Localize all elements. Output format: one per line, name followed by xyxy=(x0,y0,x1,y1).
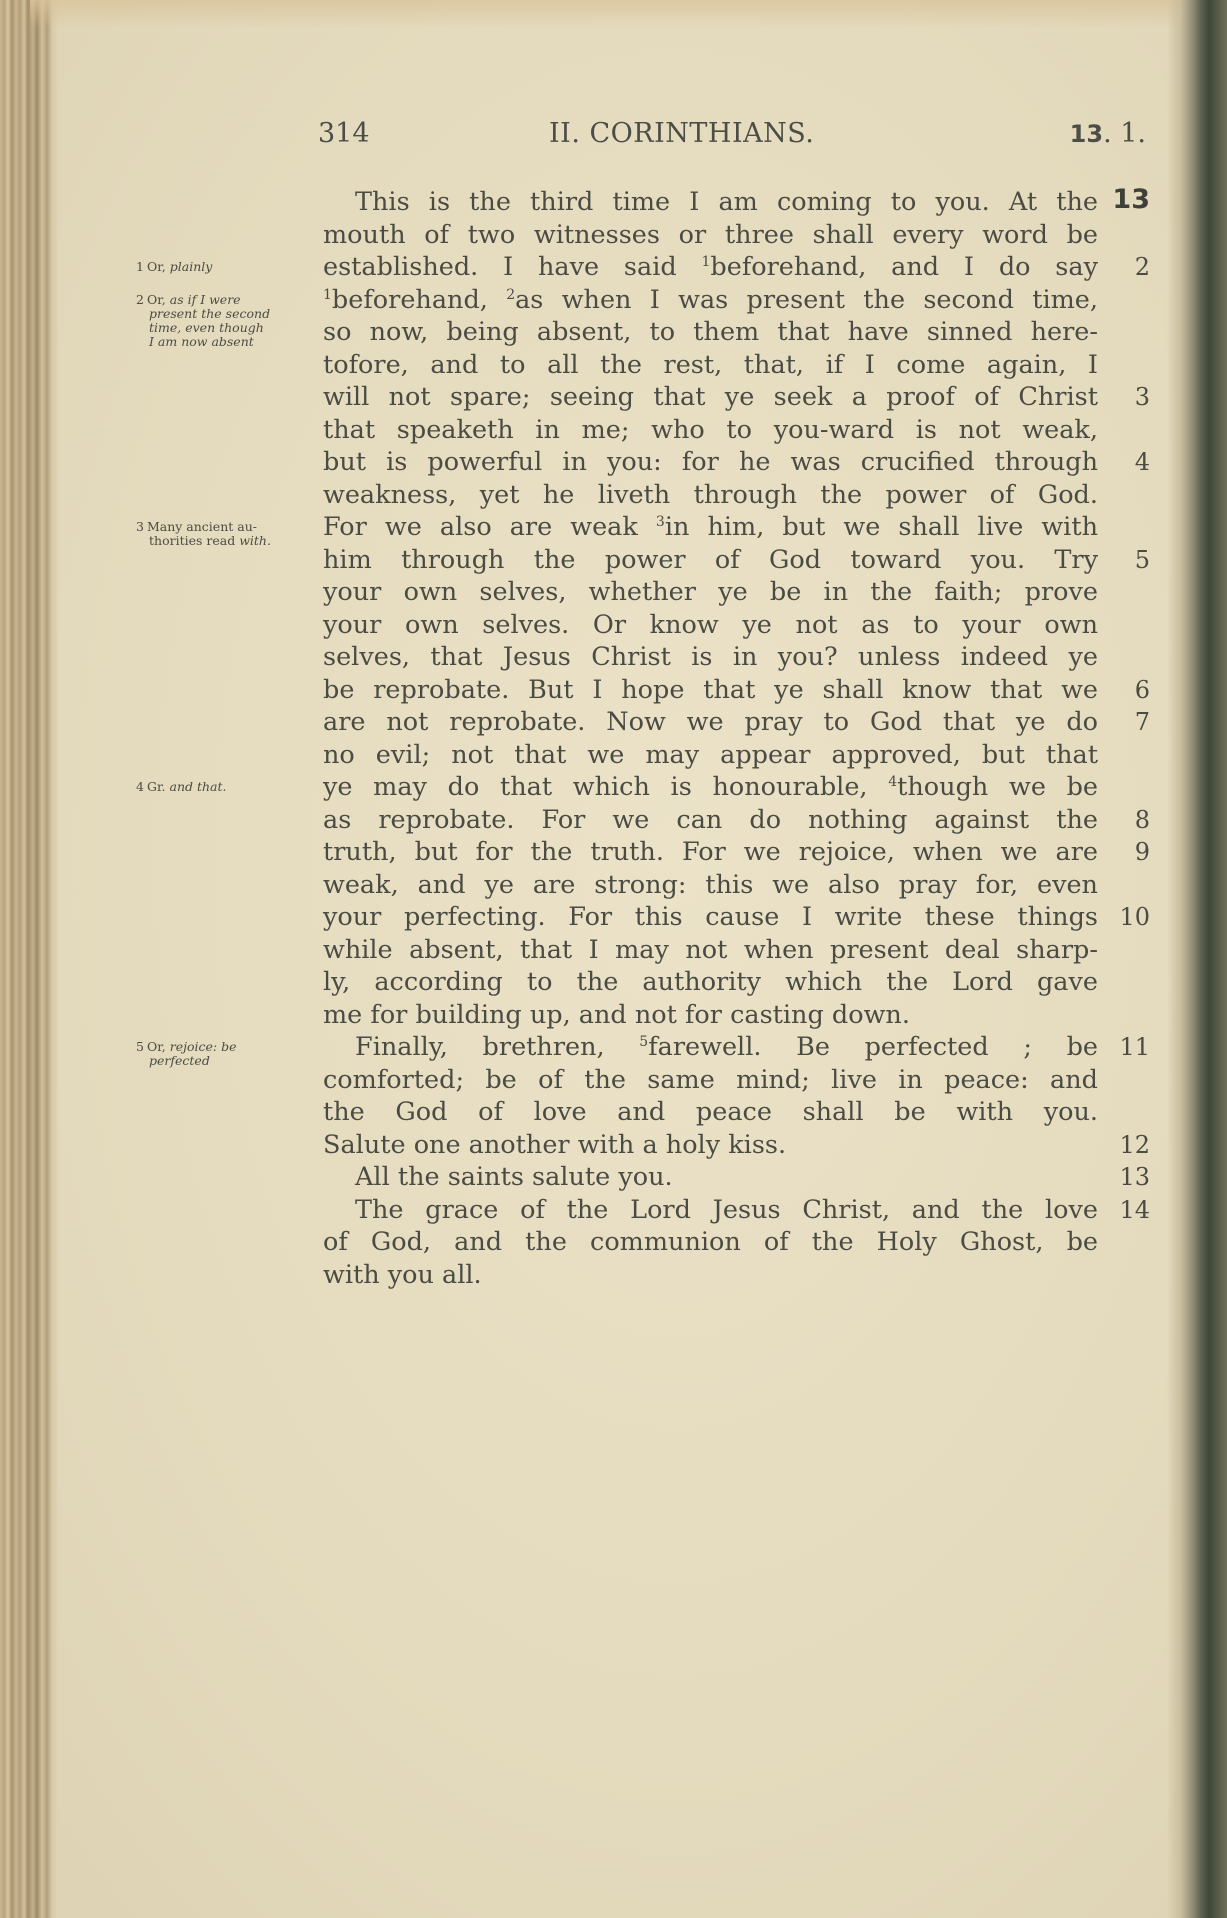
book-title: II. CORINTHIANS. xyxy=(549,118,814,149)
text-line: will not spare; seeing that ye seek a pr… xyxy=(323,381,1098,414)
chapter-number: 13 xyxy=(1112,184,1150,217)
line-text: are not reprobate. Now we pray to God th… xyxy=(323,707,1098,737)
note-number: 5 xyxy=(136,1039,144,1054)
text-line: The grace of the Lord Jesus Christ, and … xyxy=(323,1194,1098,1227)
verse-number: 8 xyxy=(1135,804,1150,837)
line-text: Salute one another with a holy kiss. xyxy=(323,1130,786,1160)
verse-number: 7 xyxy=(1135,706,1150,739)
line-text: be reprobate. But I hope that ye shall k… xyxy=(323,675,1098,705)
note-number: 2 xyxy=(136,292,144,307)
running-header: 314 II. CORINTHIANS. 13. 1. xyxy=(318,118,1146,158)
margin-note: 1Or, plainly xyxy=(136,260,316,274)
verse-number: 4 xyxy=(1135,446,1150,479)
note-text-italic: with. xyxy=(239,533,271,548)
line-text: truth, but for the truth. For we rejoice… xyxy=(323,837,1098,867)
line-text: mouth of two witnesses or three shall ev… xyxy=(323,220,1098,250)
verse-number: 14 xyxy=(1119,1194,1150,1227)
line-text: The grace of the Lord Jesus Christ, and … xyxy=(355,1195,1098,1225)
line-text: me for building up, and not for casting … xyxy=(323,1000,910,1030)
line-text: For we also are weak xyxy=(323,512,656,542)
text-line: weakness, yet he liveth through the powe… xyxy=(323,479,1098,512)
text-line: be reprobate. But I hope that ye shall k… xyxy=(323,674,1098,707)
line-text: All the saints salute you. xyxy=(355,1162,673,1192)
verse-number: 5 xyxy=(1135,544,1150,577)
text-line: Finally, brethren, 5farewell. Be perfect… xyxy=(323,1031,1098,1064)
scanned-page: 314 II. CORINTHIANS. 13. 1. 1Or, plainly… xyxy=(0,0,1227,1918)
verse-number: 3 xyxy=(1135,381,1150,414)
text-line: your own selves. Or know ye not as to yo… xyxy=(323,609,1098,642)
line-text: so now, being absent, to them that have … xyxy=(323,317,1098,347)
text-line: All the saints salute you. xyxy=(323,1161,1098,1194)
line-text: while absent, that I may not when presen… xyxy=(323,935,1098,965)
line-text: beforehand, and I do say xyxy=(710,252,1098,282)
line-text: tofore, and to all the rest, that, if I … xyxy=(323,350,1098,380)
note-lead: Gr. xyxy=(147,779,170,794)
chapter-ref-bold: 13 xyxy=(1070,120,1103,148)
note-text: rejoice: be xyxy=(170,1039,237,1054)
text-line: but is powerful in you: for he was cruci… xyxy=(323,446,1098,479)
text-line: ye may do that which is honourable, 4tho… xyxy=(323,771,1098,804)
line-text: him through the power of God toward you.… xyxy=(323,545,1098,575)
verse-number: 9 xyxy=(1135,836,1150,869)
line-text: comforted; be of the same mind; live in … xyxy=(323,1065,1098,1095)
line-text: This is the third time I am coming to yo… xyxy=(355,187,1098,217)
text-line: mouth of two witnesses or three shall ev… xyxy=(323,219,1098,252)
text-line: while absent, that I may not when presen… xyxy=(323,934,1098,967)
note-continuation: present the second xyxy=(136,307,316,321)
top-edge-stain xyxy=(30,0,1180,28)
note-lead: Or, xyxy=(147,1039,170,1054)
margin-note: 5Or, rejoice: beperfected xyxy=(136,1040,316,1068)
verse-number: 13 xyxy=(1119,1161,1150,1194)
note-continuation: time, even though xyxy=(136,321,316,335)
line-text: with you all. xyxy=(323,1260,482,1290)
text-line: weak, and ye are strong: this we also pr… xyxy=(323,869,1098,902)
line-text: ly, according to the authority which the… xyxy=(323,967,1098,997)
note-text: and that. xyxy=(170,779,227,794)
text-line: me for building up, and not for casting … xyxy=(323,999,1098,1032)
scripture-text: This is the third time I am coming to yo… xyxy=(323,186,1098,1291)
text-line: the God of love and peace shall be with … xyxy=(323,1096,1098,1129)
text-line: him through the power of God toward you.… xyxy=(323,544,1098,577)
margin-note: 4Gr. and that. xyxy=(136,780,316,794)
text-line: your own selves, whether ye be in the fa… xyxy=(323,576,1098,609)
note-continuation: I am now absent xyxy=(136,335,316,349)
verse-number: 10 xyxy=(1119,901,1150,934)
line-text: in him, but we shall live with xyxy=(665,512,1098,542)
line-text: weakness, yet he liveth through the powe… xyxy=(323,480,1098,510)
line-text: your perfecting. For this cause I write … xyxy=(323,902,1098,932)
footnote-marker: 1 xyxy=(323,287,332,303)
text-line: no evil; not that we may appear approved… xyxy=(323,739,1098,772)
text-line: so now, being absent, to them that have … xyxy=(323,316,1098,349)
line-text: as when I was present the second time, xyxy=(515,285,1098,315)
margin-note: 3Many ancient au- thorities read with. xyxy=(136,520,316,548)
note-number: 4 xyxy=(136,779,144,794)
line-text: ye may do that which is honourable, xyxy=(323,772,888,802)
footnote-marker: 4 xyxy=(888,774,897,790)
note-continuation: thorities read with. xyxy=(136,534,316,548)
text-line: that speaketh in me; who to you-ward is … xyxy=(323,414,1098,447)
line-text: established. I have said xyxy=(323,252,701,282)
text-line: tofore, and to all the rest, that, if I … xyxy=(323,349,1098,382)
line-text: though we be xyxy=(897,772,1098,802)
text-line: For we also are weak 3in him, but we sha… xyxy=(323,511,1098,544)
line-text: beforehand, xyxy=(332,285,506,315)
verse-number: 11 xyxy=(1119,1031,1150,1064)
line-text: as reprobate. For we can do nothing agai… xyxy=(323,805,1098,835)
line-text: that speaketh in me; who to you-ward is … xyxy=(323,415,1098,445)
note-lead: Or, xyxy=(147,292,170,307)
note-continuation: perfected xyxy=(136,1054,316,1068)
text-line: selves, that Jesus Christ is in you? unl… xyxy=(323,641,1098,674)
text-line: Salute one another with a holy kiss. xyxy=(323,1129,1098,1162)
footnote-marker: 5 xyxy=(639,1034,648,1050)
text-line: 1beforehand, 2as when I was present the … xyxy=(323,284,1098,317)
verse-number: 12 xyxy=(1119,1129,1150,1162)
line-text: your own selves. Or know ye not as to yo… xyxy=(323,610,1098,640)
line-text: Finally, brethren, xyxy=(355,1032,639,1062)
chapter-verse-reference: 13. 1. xyxy=(1070,118,1146,149)
page-number: 314 xyxy=(318,118,370,149)
right-gutter-shadow xyxy=(1167,0,1227,1918)
text-line: as reprobate. For we can do nothing agai… xyxy=(323,804,1098,837)
line-text: no evil; not that we may appear approved… xyxy=(323,740,1098,770)
verse-ref: . 1. xyxy=(1103,118,1146,149)
line-text: of God, and the communion of the Holy Gh… xyxy=(323,1227,1098,1257)
line-text: farewell. Be perfected ; be xyxy=(648,1032,1098,1062)
text-line: are not reprobate. Now we pray to God th… xyxy=(323,706,1098,739)
text-line: of God, and the communion of the Holy Gh… xyxy=(323,1226,1098,1259)
verse-number: 6 xyxy=(1135,674,1150,707)
margin-note: 2Or, as if I werepresent the secondtime,… xyxy=(136,293,316,349)
left-binding-edge xyxy=(0,0,58,1918)
note-text: thorities read xyxy=(149,533,239,548)
text-line: ly, according to the authority which the… xyxy=(323,966,1098,999)
text-line: with you all. xyxy=(323,1259,1098,1292)
text-line: established. I have said 1beforehand, an… xyxy=(323,251,1098,284)
line-text: will not spare; seeing that ye seek a pr… xyxy=(323,382,1098,412)
line-text: the God of love and peace shall be with … xyxy=(323,1097,1098,1127)
note-lead: Or, xyxy=(147,259,170,274)
note-number: 3 xyxy=(136,519,144,534)
line-text: weak, and ye are strong: this we also pr… xyxy=(323,870,1098,900)
note-number: 1 xyxy=(136,259,144,274)
note-lead: Many ancient au- xyxy=(147,519,257,534)
line-text: but is powerful in you: for he was cruci… xyxy=(323,447,1098,477)
verse-number: 2 xyxy=(1135,251,1150,284)
text-line: your perfecting. For this cause I write … xyxy=(323,901,1098,934)
note-text: plainly xyxy=(170,259,213,274)
text-line: truth, but for the truth. For we rejoice… xyxy=(323,836,1098,869)
footnote-marker: 3 xyxy=(656,514,665,530)
note-text: as if I were xyxy=(170,292,241,307)
text-line: This is the third time I am coming to yo… xyxy=(323,186,1098,219)
line-text: your own selves, whether ye be in the fa… xyxy=(323,577,1098,607)
line-text: selves, that Jesus Christ is in you? unl… xyxy=(323,642,1098,672)
text-line: comforted; be of the same mind; live in … xyxy=(323,1064,1098,1097)
footnote-marker: 2 xyxy=(506,287,515,303)
